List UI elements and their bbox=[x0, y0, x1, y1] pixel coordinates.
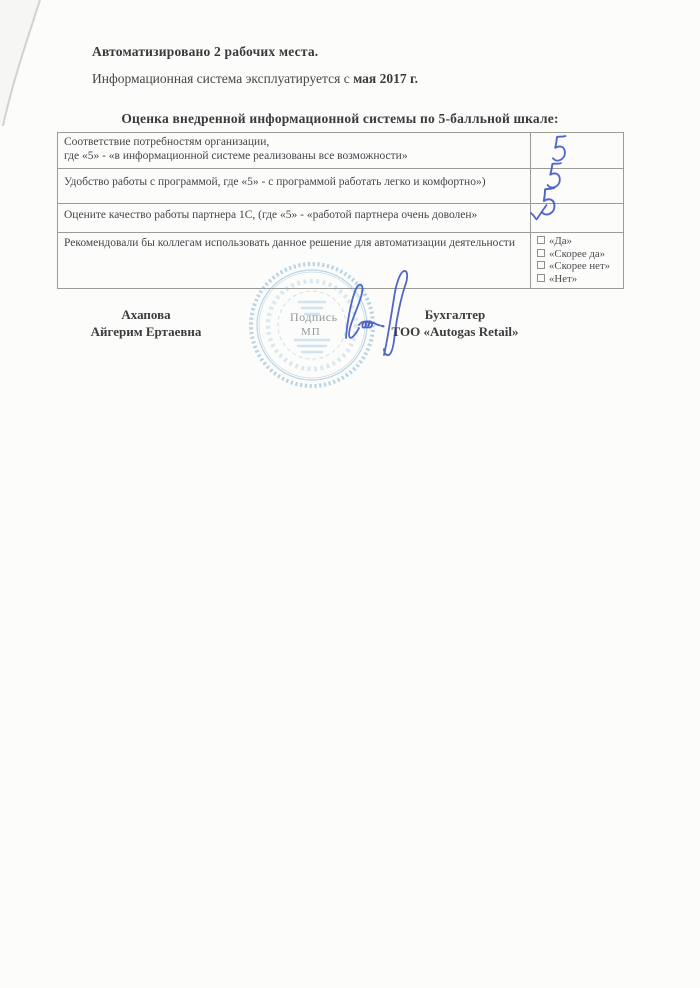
table-row: Удобство работы с программой, где «5» - … bbox=[58, 169, 624, 204]
scanned-document-page: Автоматизировано 2 рабочих места. Информ… bbox=[0, 0, 700, 988]
option-label: «Скорее нет» bbox=[549, 260, 610, 272]
question-line: где «5» - «в информационной системе реал… bbox=[64, 149, 524, 163]
option-rather-yes: «Скорее да» bbox=[537, 248, 617, 261]
system-in-use-line: Информационная система эксплуатируется с… bbox=[92, 71, 418, 87]
option-label: «Скорее да» bbox=[549, 248, 605, 260]
option-yes: «Да» bbox=[537, 235, 617, 248]
question-line: Удобство работы с программой, где «5» - … bbox=[64, 175, 524, 189]
options-cell: «Да» «Скорее да» «Скорее нет» «Нет» bbox=[531, 233, 624, 289]
company-stamp-icon bbox=[245, 258, 379, 392]
question-line: Оцените качество работы партнера 1С, (гд… bbox=[64, 208, 524, 222]
checkbox-icon bbox=[537, 249, 545, 257]
signer-role: Бухгалтер bbox=[362, 306, 548, 323]
question-line: Рекомендовали бы коллегам использовать д… bbox=[64, 236, 524, 250]
automated-workplaces-line: Автоматизировано 2 рабочих места. bbox=[92, 44, 318, 60]
signer-given-names: Айгерим Ертаевна bbox=[56, 323, 236, 340]
table-row: Соответствие потребностям организации, г… bbox=[58, 133, 624, 169]
signature-placeholder-label: Подпись bbox=[290, 310, 338, 325]
score-cell bbox=[531, 204, 624, 233]
signer-role-block: Бухгалтер ТОО «Autogas Retail» bbox=[362, 306, 548, 340]
option-label: «Нет» bbox=[549, 273, 577, 285]
checkbox-icon bbox=[537, 274, 545, 282]
question-cell: Удобство работы с программой, где «5» - … bbox=[58, 169, 531, 204]
signer-surname: Ахапова bbox=[56, 306, 236, 323]
score-cell bbox=[531, 133, 624, 169]
table-row: Оцените качество работы партнера 1С, (гд… bbox=[58, 204, 624, 233]
option-no: «Нет» bbox=[537, 273, 617, 286]
score-cell bbox=[531, 169, 624, 204]
seal-placeholder-label: МП bbox=[301, 326, 321, 338]
checkbox-icon bbox=[537, 261, 545, 269]
checkbox-icon bbox=[537, 236, 545, 244]
option-rather-no: «Скорее нет» bbox=[537, 260, 617, 273]
question-cell: Соответствие потребностям организации, г… bbox=[58, 133, 531, 169]
signer-name-block: Ахапова Айгерим Ертаевна bbox=[56, 306, 236, 340]
question-line: Соответствие потребностям организации, bbox=[64, 135, 524, 149]
option-label: «Да» bbox=[549, 235, 572, 247]
page-fold-line bbox=[0, 0, 60, 128]
rating-table-title: Оценка внедренной информационной системы… bbox=[57, 111, 623, 127]
question-cell: Оцените качество работы партнера 1С, (гд… bbox=[58, 204, 531, 233]
signer-company: ТОО «Autogas Retail» bbox=[362, 323, 548, 340]
system-in-use-text: Информационная система эксплуатируется с bbox=[92, 71, 353, 86]
system-in-use-date: мая 2017 г. bbox=[353, 71, 418, 86]
